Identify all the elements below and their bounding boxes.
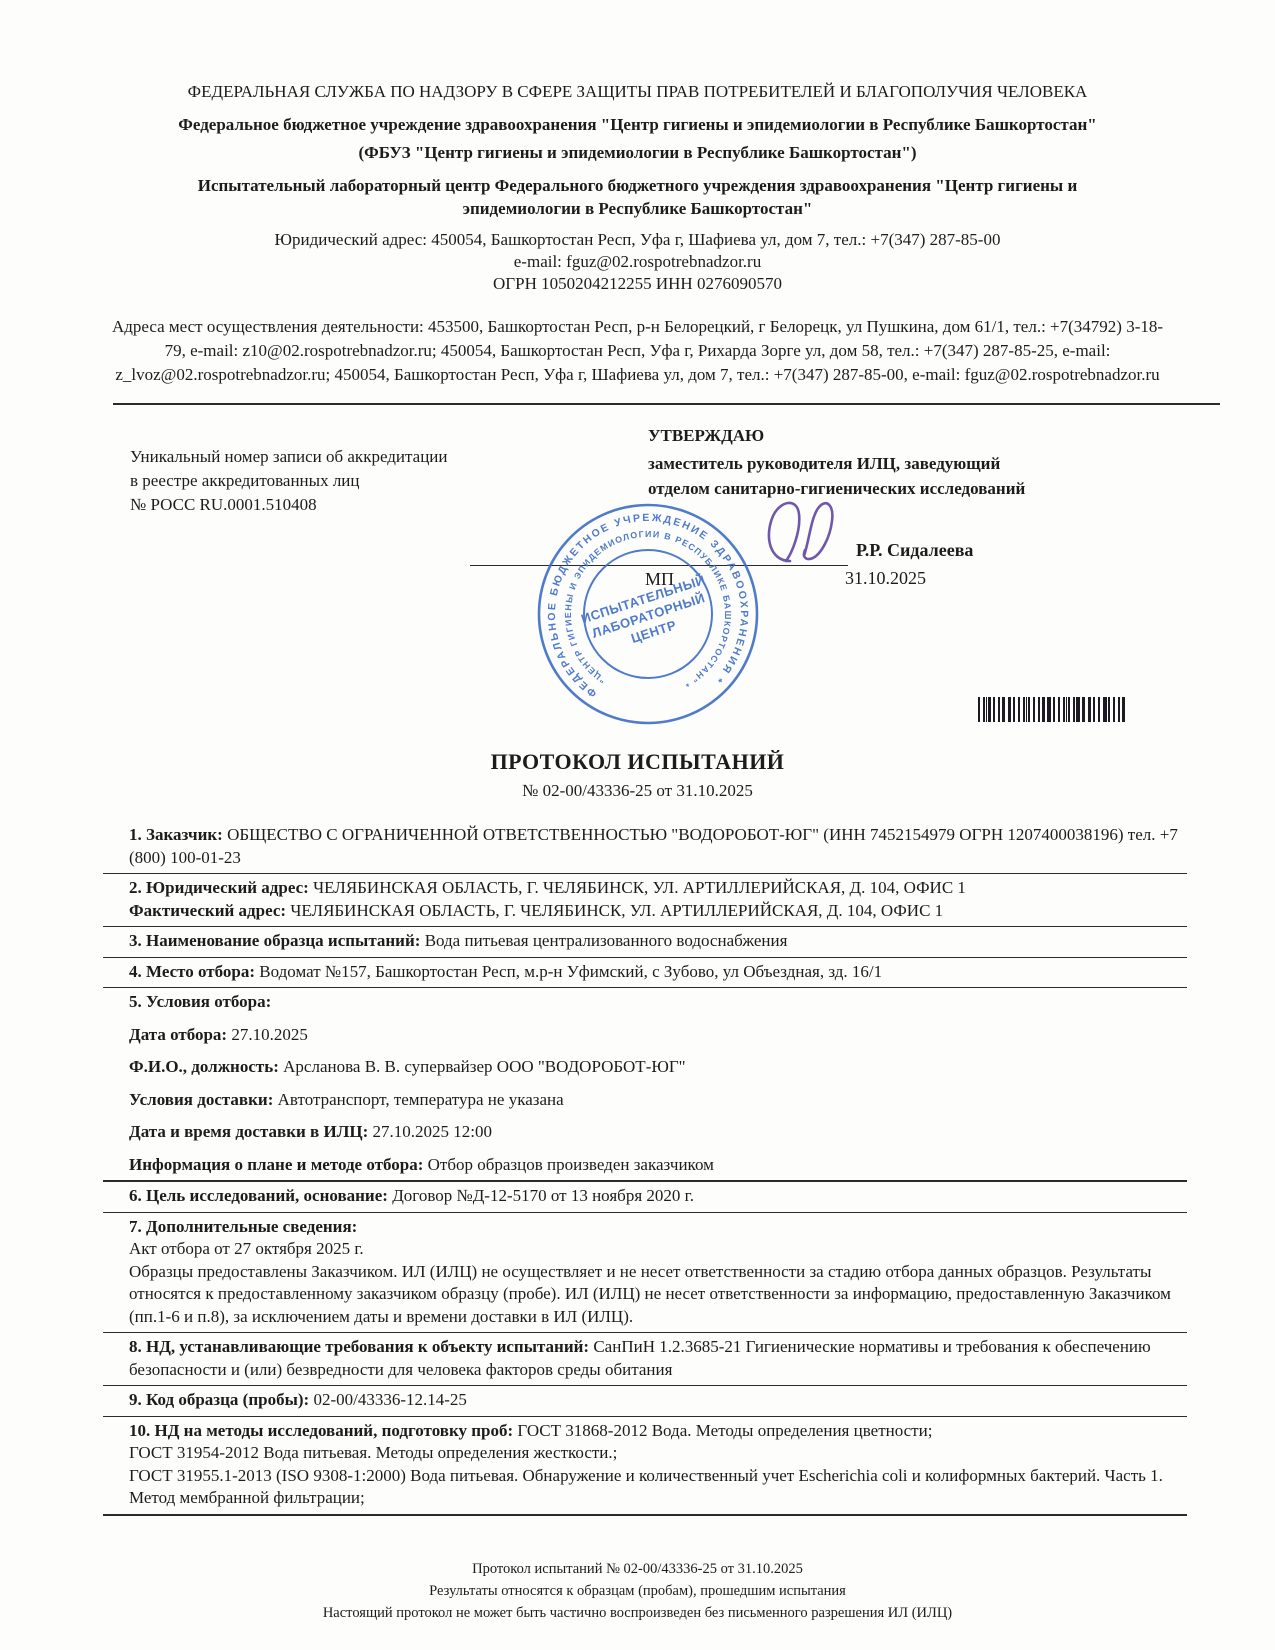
field-row: ГОСТ 31954-2012 Вода питьевая. Методы оп… [129,1442,1187,1465]
field-label: 5. Условия отбора: [129,992,271,1011]
field-value: ЧЕЛЯБИНСКАЯ ОБЛАСТЬ, Г. ЧЕЛЯБИНСК, УЛ. А… [290,901,943,920]
field-label: Дата и время доставки в ИЛЦ: [129,1122,368,1141]
field-label: 2. Юридический адрес: [129,878,309,897]
field-row: ГОСТ 31955.1-2013 (ISO 9308-1:2000) Вода… [129,1465,1187,1510]
field-value: Образцы предоставлены Заказчиком. ИЛ (ИЛ… [129,1262,1171,1326]
section-sampling-place: 4. Место отбора: Водомат №157, Башкортос… [103,958,1187,989]
signer-name: Р.Р. Сидалеева [856,540,973,561]
legal-address: Юридический адрес: 450054, Башкортостан … [128,229,1148,251]
field-value: ГОСТ 31868-2012 Вода. Методы определения… [517,1421,932,1440]
protocol-title: ПРОТОКОЛ ИСПЫТАНИЙ [0,749,1275,775]
field-value: ЧЕЛЯБИНСКАЯ ОБЛАСТЬ, Г. ЧЕЛЯБИНСК, УЛ. А… [313,878,966,897]
field-label: Условия доставки: [129,1090,273,1109]
section-requirements-nd: 8. НД, устанавливающие требования к объе… [103,1333,1187,1386]
approval-block: УТВЕРЖДАЮ заместитель руководителя ИЛЦ, … [648,423,1025,501]
protocol-sections: 1. Заказчик: ОБЩЕСТВО С ОГРАНИЧЕННОЙ ОТВ… [103,821,1187,1516]
email-line: e-mail: fguz@02.rospotrebnadzor.ru [128,251,1148,273]
field-value: Автотранспорт, температура не указана [278,1090,564,1109]
approval-date: 31.10.2025 [845,568,926,589]
field-value: 02-00/43336-12.14-25 [313,1390,466,1409]
field-value: Отбор образцов произведен заказчиком [428,1155,714,1174]
field-row: Ф.И.О., должность: Арсланова В. В. супер… [129,1056,1187,1079]
field-row: Условия доставки: Автотранспорт, темпера… [129,1089,1187,1112]
field-row: Информация о плане и методе отбора: Отбо… [129,1154,1187,1177]
approval-zone: Уникальный номер записи об аккредитации … [0,405,1275,735]
field-row: 6. Цель исследований, основание: Договор… [129,1185,1187,1208]
section-addresses: 2. Юридический адрес: ЧЕЛЯБИНСКАЯ ОБЛАСТ… [103,874,1187,927]
field-value: ГОСТ 31955.1-2013 (ISO 9308-1:2000) Вода… [129,1466,1163,1508]
field-row: 10. НД на методы исследований, подготовк… [129,1420,1187,1443]
letterhead: ФЕДЕРАЛЬНАЯ СЛУЖБА ПО НАДЗОРУ В СФЕРЕ ЗА… [0,0,1275,387]
page-footer: Протокол испытаний № 02-00/43336-25 от 3… [0,1558,1275,1624]
field-row: Образцы предоставлены Заказчиком. ИЛ (ИЛ… [129,1261,1187,1329]
organization-name: Федеральное бюджетное учреждение здравоо… [148,113,1128,136]
section-methods-nd: 10. НД на методы исследований, подготовк… [103,1417,1187,1516]
footer-note: Результаты относятся к образцам (пробам)… [0,1580,1275,1602]
field-row: 2. Юридический адрес: ЧЕЛЯБИНСКАЯ ОБЛАСТ… [129,877,1187,900]
field-row: 8. НД, устанавливающие требования к объе… [129,1336,1187,1381]
approver-position: заместитель руководителя ИЛЦ, заведующий [648,451,1025,476]
field-row: 9. Код образца (пробы): 02-00/43336-12.1… [129,1389,1187,1412]
footer-protocol-ref: Протокол испытаний № 02-00/43336-25 от 3… [0,1558,1275,1580]
field-value: 27.10.2025 12:00 [373,1122,492,1141]
section-purpose: 6. Цель исследований, основание: Договор… [103,1182,1187,1213]
section-sample-name: 3. Наименование образца испытаний: Вода … [103,927,1187,958]
accreditation-record: Уникальный номер записи об аккредитации … [130,445,448,517]
field-label: 10. НД на методы исследований, подготовк… [129,1421,513,1440]
field-row: Дата отбора: 27.10.2025 [129,1024,1187,1047]
signature-ink [752,493,867,571]
field-label: 1. Заказчик: [129,825,223,844]
field-value: Акт отбора от 27 октября 2025 г. [129,1239,364,1258]
field-label: Фактический адрес: [129,901,286,920]
field-value: Водомат №157, Башкортостан Респ, м.р-н У… [259,962,882,981]
accreditation-number: № РОСС RU.0001.510408 [130,493,448,517]
field-value: Вода питьевая централизованного водоснаб… [425,931,788,950]
field-label: 4. Место отбора: [129,962,255,981]
field-value: Арсланова В. В. супервайзер ООО "ВОДОРОБ… [283,1057,685,1076]
field-row: 3. Наименование образца испытаний: Вода … [129,930,1187,953]
field-label: 3. Наименование образца испытаний: [129,931,420,950]
field-value: 27.10.2025 [231,1025,308,1044]
field-label: 6. Цель исследований, основание: [129,1186,388,1205]
field-row: Акт отбора от 27 октября 2025 г. [129,1238,1187,1261]
organization-short-name: (ФБУЗ "Центр гигиены и эпидемиологии в Р… [148,141,1128,164]
accreditation-line: в реестре аккредитованных лиц [130,469,448,493]
field-value: ГОСТ 31954-2012 Вода питьевая. Методы оп… [129,1443,617,1462]
ogrn-inn-line: ОГРН 1050204212255 ИНН 0276090570 [128,273,1148,295]
field-row: 5. Условия отбора: [129,991,1187,1014]
field-label: 9. Код образца (пробы): [129,1390,309,1409]
field-row: 7. Дополнительные сведения: [129,1216,1187,1239]
section-sample-code: 9. Код образца (пробы): 02-00/43336-12.1… [103,1386,1187,1417]
accreditation-line: Уникальный номер записи об аккредитации [130,445,448,469]
laboratory-center-name: Испытательный лабораторный центр Федерал… [148,174,1128,220]
field-value: ОБЩЕСТВО С ОГРАНИЧЕННОЙ ОТВЕТСТВЕННОСТЬЮ… [129,825,1178,867]
field-label: 8. НД, устанавливающие требования к объе… [129,1337,589,1356]
activity-addresses: Адреса мест осуществления деятельности: … [104,315,1172,387]
agency-name: ФЕДЕРАЛЬНАЯ СЛУЖБА ПО НАДЗОРУ В СФЕРЕ ЗА… [133,80,1143,103]
laboratory-stamp: ФЕДЕРАЛЬНОЕ БЮДЖЕТНОЕ УЧРЕЖДЕНИЕ ЗДРАВОО… [533,499,763,729]
field-label: Ф.И.О., должность: [129,1057,279,1076]
section-sampling-conditions: 5. Условия отбора: Дата отбора: 27.10.20… [103,988,1187,1182]
section-customer: 1. Заказчик: ОБЩЕСТВО С ОГРАНИЧЕННОЙ ОТВ… [103,821,1187,874]
field-label: Дата отбора: [129,1025,227,1044]
field-row: 4. Место отбора: Водомат №157, Башкортос… [129,961,1187,984]
footer-note: Настоящий протокол не может быть частичн… [0,1602,1275,1624]
protocol-number: № 02-00/43336-25 от 31.10.2025 [0,781,1275,801]
field-row: 1. Заказчик: ОБЩЕСТВО С ОГРАНИЧЕННОЙ ОТВ… [129,824,1187,869]
approval-title: УТВЕРЖДАЮ [648,423,1025,448]
field-label: 7. Дополнительные сведения: [129,1217,357,1236]
field-label: Информация о плане и методе отбора: [129,1155,423,1174]
field-row: Фактический адрес: ЧЕЛЯБИНСКАЯ ОБЛАСТЬ, … [129,900,1187,923]
section-additional-info: 7. Дополнительные сведения: Акт отбора о… [103,1213,1187,1334]
field-value: Договор №Д-12-5170 от 13 ноября 2020 г. [392,1186,694,1205]
barcode [978,697,1126,722]
document-page: ФЕДЕРАЛЬНАЯ СЛУЖБА ПО НАДЗОРУ В СФЕРЕ ЗА… [0,0,1275,1650]
field-row: Дата и время доставки в ИЛЦ: 27.10.2025 … [129,1121,1187,1144]
